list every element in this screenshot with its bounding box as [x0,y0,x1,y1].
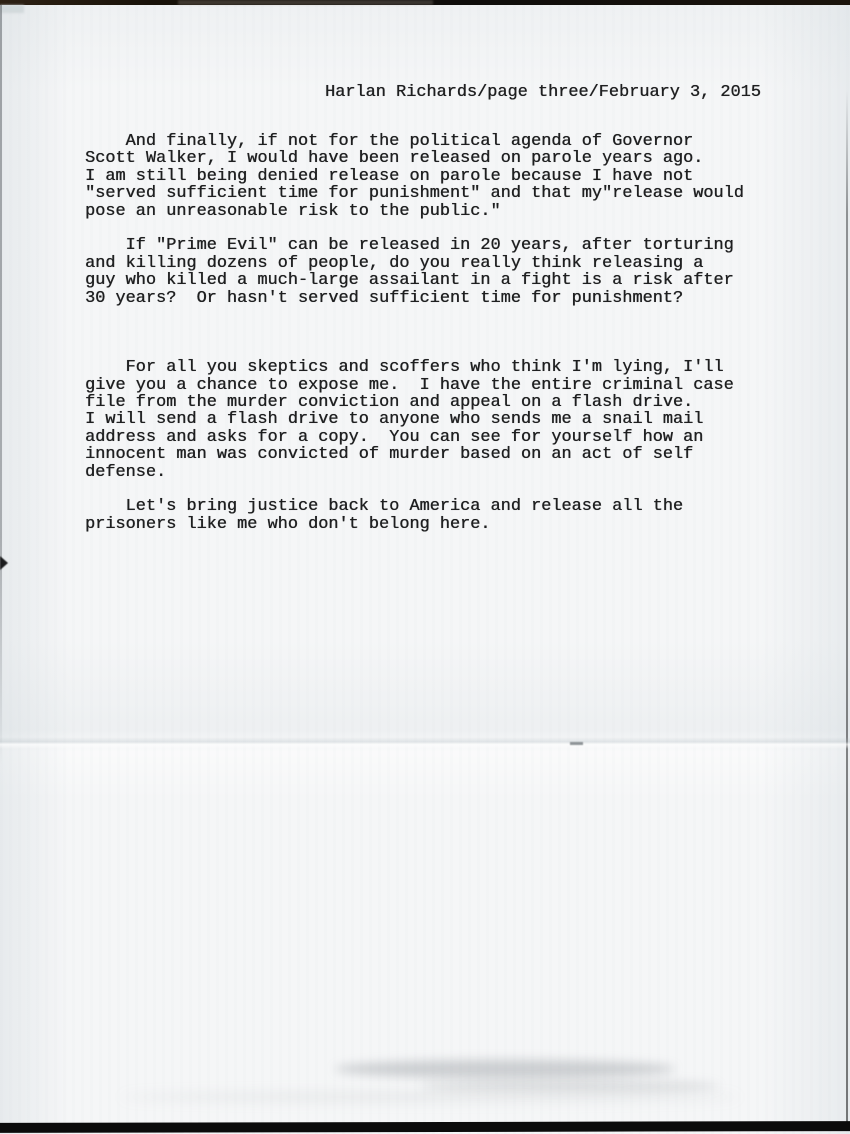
fold-crease [0,737,850,749]
scanner-edge-smudge [178,0,433,5]
text-line: If "Prime Evil" can be released in 20 ye… [85,237,744,254]
left-margin-arrow-mark [0,556,8,570]
text-line: file from the murder conviction and appe… [85,394,744,411]
paragraph: And finally, if not for the political ag… [85,133,744,220]
text-line: 30 years? Or hasn't served sufficient ti… [85,290,744,307]
scan-smudge [335,1060,675,1078]
paragraph: For all you skeptics and scoffers who th… [85,359,744,481]
scanner-edge-left [0,5,2,765]
scanner-edge-bottom [0,1121,850,1133]
text-line: defense. [85,464,744,481]
corner-notch-artifact [0,5,24,13]
text-line: Scott Walker, I would have been released… [85,150,744,167]
text-line: And finally, if not for the political ag… [85,133,744,150]
scanned-letter-page: Harlan Richards/page three/February 3, 2… [0,0,850,1134]
text-line: and killing dozens of people, do you rea… [85,255,744,272]
text-line: I will send a flash drive to anyone who … [85,411,744,428]
text-line: "served sufficient time for punishment" … [85,185,744,202]
text-line: guy who killed a much-large assailant in… [85,272,744,289]
text-line: address and asks for a copy. You can see… [85,429,744,446]
scan-smudge [120,1092,740,1102]
page-header: Harlan Richards/page three/February 3, 2… [325,84,761,101]
fold-crease-dash [570,742,583,745]
paragraph: If "Prime Evil" can be released in 20 ye… [85,237,744,307]
scanner-edge-right [846,90,848,1123]
text-line: prisoners like me who don't belong here. [85,516,744,533]
paragraph: Let's bring justice back to America and … [85,498,744,533]
text-line: Let's bring justice back to America and … [85,498,744,515]
text-line: give you a chance to expose me. I have t… [85,377,744,394]
scan-smudge [420,1080,720,1092]
letter-body: And finally, if not for the political ag… [85,133,744,533]
text-line: For all you skeptics and scoffers who th… [85,359,744,376]
text-line: pose an unreasonable risk to the public.… [85,203,744,220]
text-line: I am still being denied release on parol… [85,168,744,185]
text-line: innocent man was convicted of murder bas… [85,446,744,463]
